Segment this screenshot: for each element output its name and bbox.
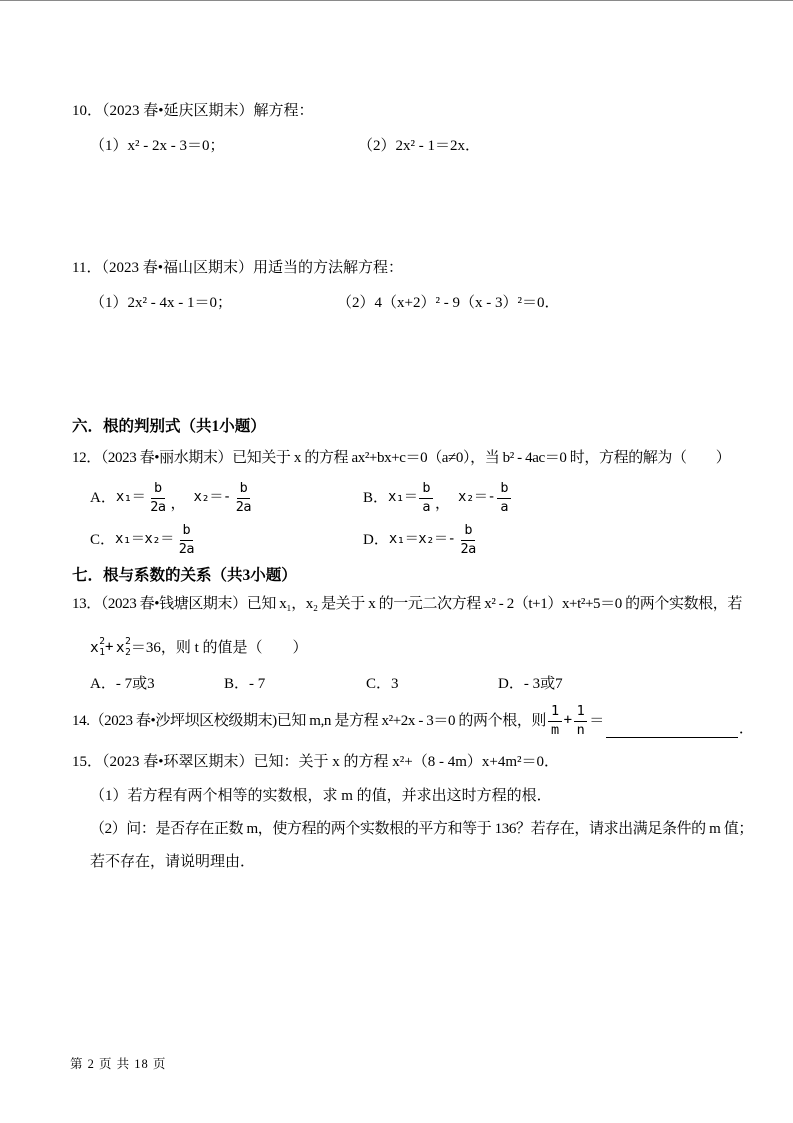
fraction: b2a <box>147 481 168 515</box>
option-a-pre: x₁＝ <box>116 489 145 507</box>
option-b-comma: ， <box>435 495 450 516</box>
option-d-label: D． <box>363 531 389 550</box>
option-a-comma: ， <box>170 495 185 516</box>
fraction: b2a <box>176 523 197 557</box>
question-11-part2: （2）4（x+2）² - 9（x - 3）²＝0． <box>337 294 559 313</box>
question-11-number: 11． <box>72 260 101 276</box>
option-b-pre: x₁＝ <box>388 489 417 507</box>
answer-blank <box>606 721 738 739</box>
fraction: 1m <box>548 704 562 738</box>
fraction: ba <box>497 481 511 515</box>
math-x2-squared: x 22 <box>116 637 131 659</box>
option-b-mid: x₂＝- <box>458 489 495 507</box>
worksheet-page: 10．（2023 春•延庆区期末）解方程： （1）x² - 2x - 3＝0； … <box>0 0 793 1123</box>
question-15-stem: 15．（2023 春•环翠区期末）已知：关于 x 的方程 x²+（8 - 4m）… <box>72 753 559 772</box>
question-12-text: （2023 春•丽水期末）已知关于 x 的方程 ax²+bx+c＝0（a≠0），… <box>101 450 731 466</box>
option-a-label: A． <box>90 489 116 508</box>
equals-sign: ＝ <box>589 712 604 731</box>
question-12-option-d: D． x₁＝x₂＝- b2a <box>363 522 481 558</box>
option-c-pre: x₁＝x₂＝ <box>115 531 174 549</box>
option-c-label: C． <box>90 531 115 550</box>
question-12-stem: 12．（2023 春•丽水期末）已知关于 x 的方程 ax²+bx+c＝0（a≠… <box>72 449 730 468</box>
math-x1-squared: x 21 <box>90 637 105 659</box>
question-10-part1: （1）x² - 2x - 3＝0； <box>90 137 225 156</box>
question-12-option-a: A． x₁＝ b2a ， x₂＝- b2a <box>90 480 256 516</box>
question-12-option-c: C． x₁＝x₂＝ b2a <box>90 522 199 558</box>
question-13-option-a: A．- 7或3 <box>90 675 155 694</box>
question-13-number: 13． <box>72 596 101 612</box>
section-6-header: 六．根的判别式（共1小题） <box>72 417 266 436</box>
question-11-part1: （1）2x² - 4x - 1＝0； <box>90 294 232 313</box>
section-7-header: 七．根与系数的关系（共3小题） <box>72 566 297 585</box>
question-13-stem-line2: x 21 + x 22 ＝36 ，则 t 的值是（ ） <box>90 628 308 668</box>
question-14: 14.（2023 春•沙坪坝区校级期末)已知 m,n 是方程 x²+2x - 3… <box>72 701 753 741</box>
question-13-option-b: B．- 7 <box>224 675 265 694</box>
fraction: b2a <box>233 481 254 515</box>
question-13-option-c: C．3 <box>366 675 399 694</box>
question-10-text: （2023 春•延庆区期末）解方程： <box>102 103 314 119</box>
question-15-part1: （1）若方程有两个相等的实数根，求 m 的值，并求出这时方程的根． <box>90 787 552 806</box>
question-12-number: 12． <box>72 450 101 466</box>
option-b-label: B． <box>363 489 388 508</box>
question-10-stem: 10．（2023 春•延庆区期末）解方程： <box>72 102 314 121</box>
question-15-text: （2023 春•环翠区期末）已知：关于 x 的方程 x²+（8 - 4m）x+4… <box>102 754 559 770</box>
question-15-part2-line2: 若不存在，请说明理由． <box>90 853 255 872</box>
fraction: b2a <box>458 523 479 557</box>
question-15-part2-line1: （2）问：是否存在正数 m，使方程的两个实数根的平方和等于 136？若存在，请求… <box>90 820 753 839</box>
plus-sign: + <box>564 712 572 730</box>
question-13-option-d: D．- 3或7 <box>498 675 563 694</box>
option-a-mid: x₂＝- <box>193 489 230 507</box>
question-10-part2: （2）2x² - 1＝2x． <box>358 137 480 156</box>
question-12-option-b: B． x₁＝ ba ， x₂＝- ba <box>363 480 513 516</box>
question-13-stem-line1: 13．（2023 春•钱塘区期末）已知 x₁，x₂ 是关于 x 的一元二次方程 … <box>72 595 742 614</box>
question-11-text: （2023 春•福山区期末）用适当的方法解方程： <box>101 260 403 276</box>
page-footer: 第 2 页 共 18 页 <box>70 1057 166 1073</box>
question-15-number: 15． <box>72 754 102 770</box>
question-14-text: （2023 春•沙坪坝区校级期末)已知 m,n 是方程 x²+2x - 3＝0 … <box>90 712 546 731</box>
question-11-stem: 11．（2023 春•福山区期末）用适当的方法解方程： <box>72 259 403 278</box>
question-14-number: 14. <box>72 712 90 731</box>
question-10-number: 10． <box>72 103 102 119</box>
fraction: ba <box>419 481 433 515</box>
question-13-line2-rest: ，则 t 的值是（ ） <box>161 639 308 658</box>
plus-sign: + <box>105 639 113 657</box>
question-13-text: （2023 春•钱塘区期末）已知 x₁，x₂ 是关于 x 的一元二次方程 x² … <box>101 596 742 612</box>
fraction: 1n <box>574 704 588 738</box>
period: ． <box>739 720 754 741</box>
option-d-pre: x₁＝x₂＝- <box>389 531 456 549</box>
equals-36: ＝36 <box>131 639 161 658</box>
